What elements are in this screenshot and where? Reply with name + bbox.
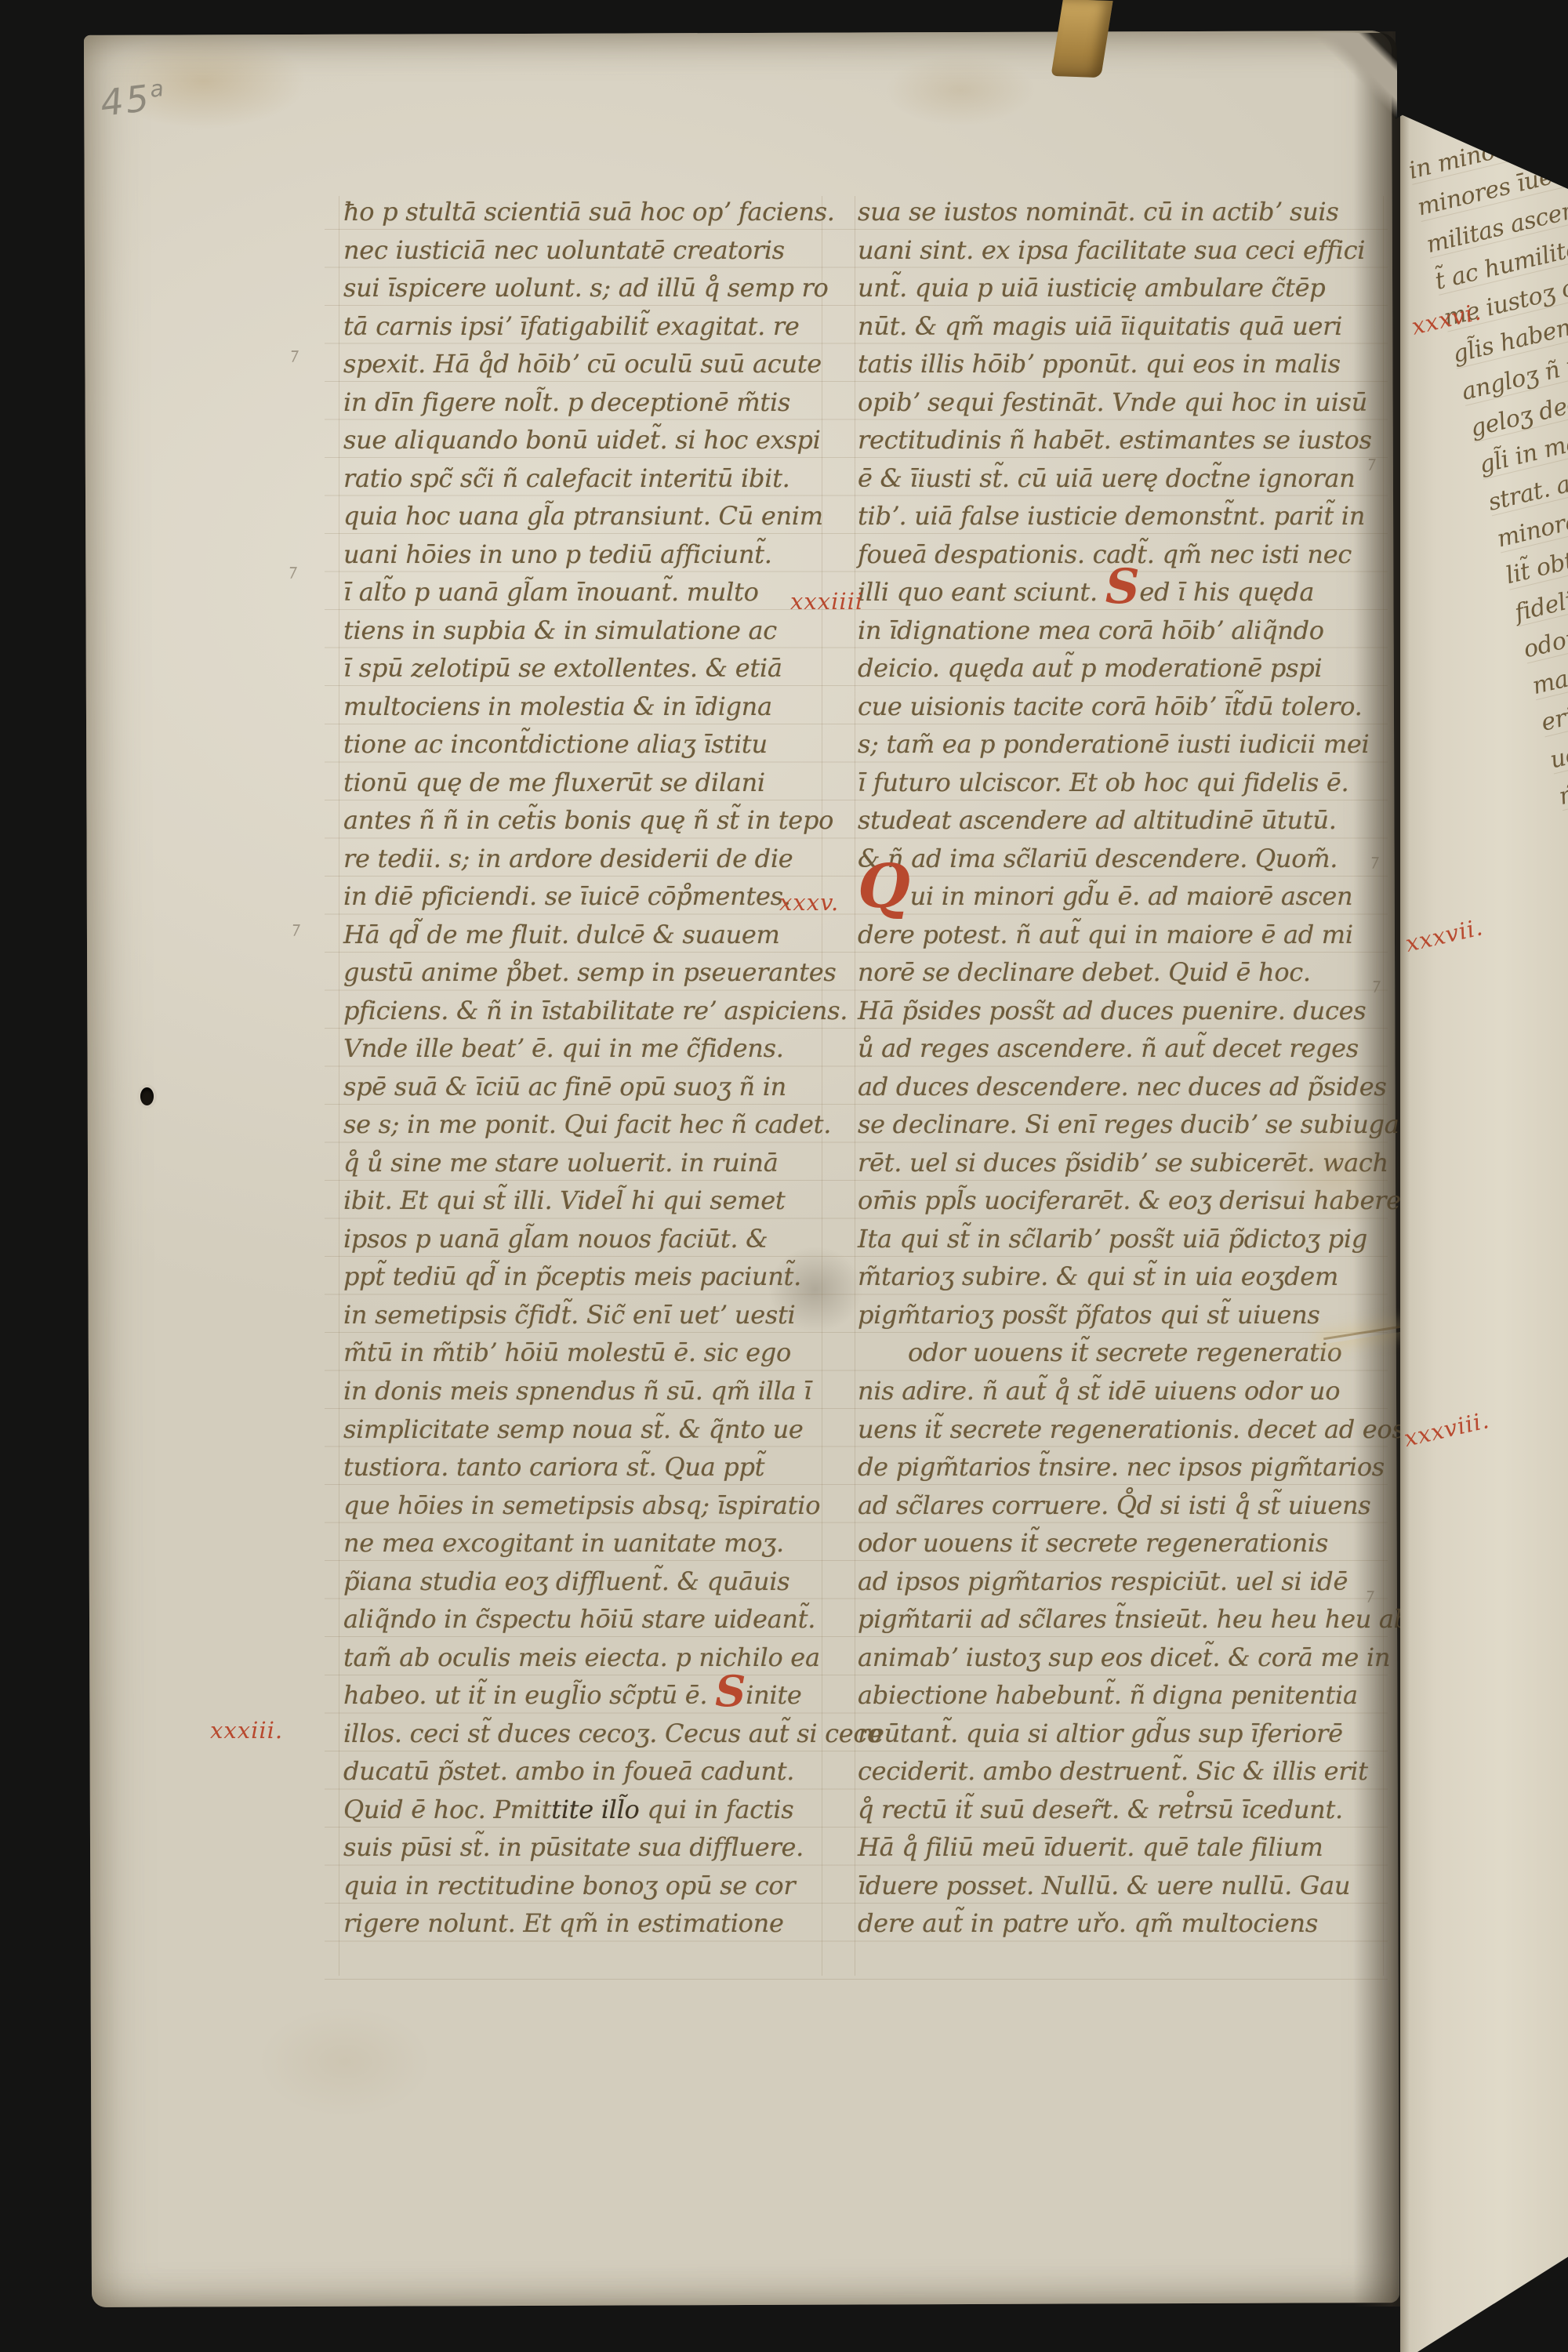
manuscript-line: ī futuro ulciscor. Et ob hoc qui fidelis… xyxy=(858,764,1418,802)
line-segment: Quid ē hoc. Pmit xyxy=(343,1795,551,1824)
manuscript-line: habeo. ut it̃ in eugl̃io sc̃ptū ē. Sinit… xyxy=(343,1676,882,1715)
manuscript-line: pficiens. & ñ in īstabilitate reʼ aspici… xyxy=(343,992,882,1030)
parchment-hole xyxy=(140,1087,154,1105)
manuscript-line: sui īspicere uolunt. s; ad illū q̊ semp … xyxy=(343,269,882,307)
manuscript-line: quia hoc uana gl̃a ptransiunt. Cū enim xyxy=(343,497,882,535)
manuscript-line: unt̃. quia p uiā iusticię ambulare c̃tēp xyxy=(858,269,1418,307)
manuscript-line: in dīn figere nol̃t. p deceptionē m̃tis xyxy=(343,383,882,422)
line-segment: ed ī his quęda xyxy=(1139,577,1314,607)
manuscript-line: dere aut̃ in patre uřo. qm̃ multociens xyxy=(858,1904,1418,1943)
margin-mark: ⁊ xyxy=(1369,851,1377,871)
manuscript-line: s; tam̃ ea p ponderationē iusti iudicii … xyxy=(858,725,1418,764)
manuscript-line: tatis illis hōibʼ pponūt. qui eos in mal… xyxy=(858,345,1418,383)
manuscript-line: tione ac incont̃dictione aliaʒ īstitu xyxy=(343,725,882,764)
manuscript-line: Quid ē hoc. Pmittite ill̃o qui in factis xyxy=(343,1791,882,1829)
manuscript-line: aliq̃ndo in c̃spectu hōiū stare uideant̃… xyxy=(343,1600,882,1639)
manuscript-line: m̃tū in m̃tibʼ hōiū molestū ē. sic ego xyxy=(343,1334,882,1372)
manuscript-line: ratio spc̃ sc̃i ñ calefacit interitū ibi… xyxy=(343,459,882,498)
manuscript-line: ħo p stultā scientiā suā hoc opʼ faciens… xyxy=(343,193,882,231)
manuscript-photo: 45a ħo p stultā scientiā suā hoc opʼ fac… xyxy=(0,0,1568,2352)
folio-number-suffix: a xyxy=(148,75,167,103)
manuscript-line: antes ñ ñ in cet̃is bonis quę ñ st̃ in t… xyxy=(343,801,882,840)
manuscript-line: tiens in supbia & in simulatione ac xyxy=(343,612,882,650)
manuscript-line: rigere nolunt. Et qm̃ in estimatione xyxy=(343,1904,882,1943)
chapter-numeral: xxxiiii xyxy=(790,588,863,615)
manuscript-line: dere potest. ñ aut̃ qui in maiore ē ad m… xyxy=(858,916,1418,954)
manuscript-line: nūt. & qm̃ magis uiā īiquitatis quā ueri xyxy=(858,307,1418,346)
manuscript-line: tustiora. tanto cariora st̃. Qua ppt̃ xyxy=(343,1448,882,1486)
rubric-initial: Q xyxy=(858,851,910,922)
manuscript-line: reūtant̃. quia si altior gd̃us sup īferi… xyxy=(858,1715,1418,1753)
manuscript-line: uens it̃ secrete regenerationis. decet a… xyxy=(858,1410,1418,1449)
manuscript-line: rectitudinis ñ habēt. estimantes se iust… xyxy=(858,421,1418,459)
manuscript-line: tā carnis ipsiʼ īfatigabilit̃ exagitat. … xyxy=(343,307,882,346)
manuscript-line: ī spū zelotipū se extollentes. & etiā xyxy=(343,649,882,688)
margin-mark: ⁊ xyxy=(1366,453,1374,473)
manuscript-line: Hā qd̃ de me fluit. dulcē & suauem xyxy=(343,916,882,954)
manuscript-line: se declinare. Si enī reges ducibʼ se sub… xyxy=(858,1105,1418,1144)
margin-mark: ⁊ xyxy=(290,919,299,938)
manuscript-line: odor uouens it̃ secrete regenerationis xyxy=(858,1524,1418,1563)
margin-mark: ⁊ xyxy=(289,345,297,365)
manuscript-line: re tedii. s; in ardore desiderii de die xyxy=(343,840,882,878)
manuscript-line: m̃tarioʒ subire. & qui st̃ in uia eoʒdem xyxy=(858,1258,1418,1296)
folio-number-digits: 45 xyxy=(98,77,154,125)
manuscript-line: nis adire. ñ aut̃ q̊ st̃ idē uiuens odor… xyxy=(858,1372,1418,1410)
line-segment: illi quo eant sciunt. xyxy=(858,577,1105,607)
manuscript-line: ceciderit. ambo destruent̃. Sic & illis … xyxy=(858,1752,1418,1791)
manuscript-line: multociens in molestia & in īdigna xyxy=(343,688,882,726)
manuscript-line: ppt̃ tediū qd̃ in p̃ceptis meis paciunt̃… xyxy=(343,1258,882,1296)
manuscript-line: ē & īiusti st̃. cū uiā uerę doct̃ne igno… xyxy=(858,459,1418,498)
manuscript-line: spexit. Hā q̊d hōibʼ cū oculū suū acute xyxy=(343,345,882,383)
line-segment: tite ill̃o xyxy=(551,1795,639,1824)
manuscript-line: rēt. uel si duces p̃sidibʼ se subicerēt.… xyxy=(858,1144,1418,1182)
manuscript-line: ad duces descendere. nec duces ad p̃side… xyxy=(858,1068,1418,1106)
rubric-initial: S xyxy=(1105,559,1140,615)
chapter-numeral: xxxiii. xyxy=(210,1717,283,1744)
manuscript-line: spē suā & īciū ac finē opū suoʒ ñ in xyxy=(343,1068,882,1106)
manuscript-line: Qui in minori gd̃u ē. ad maiorē ascen xyxy=(858,877,1418,916)
manuscript-line: p̃iana studia eoʒ diffluent̃. & quāuis xyxy=(343,1563,882,1601)
manuscript-line: animabʼ iustoʒ sup eos dicet̃. & corā me… xyxy=(858,1639,1418,1677)
manuscript-line: q̊ rectū it̃ suū deser̃t. & ret̊rsū īced… xyxy=(858,1791,1418,1829)
chapter-numeral: xxxv. xyxy=(779,889,839,916)
manuscript-line: gustū anime p̊bet. semp in pseuerantes xyxy=(343,953,882,992)
text-column-right: sua se iustos nomināt. cū in actibʼ suis… xyxy=(858,193,1418,1943)
manuscript-line: se s; in me ponit. Qui facit hec ñ cadet… xyxy=(343,1105,882,1144)
manuscript-line: sue aliquando bonū uidet̃. si hoc exspi xyxy=(343,421,882,459)
manuscript-line: Hā q̊ filiū meū īduerit. quē tale filium xyxy=(858,1828,1418,1867)
manuscript-line: ducatū p̃stet. ambo in foueā cadunt. xyxy=(343,1752,882,1791)
manuscript-line: quia in rectitudine bonoʒ opū se cor xyxy=(343,1867,882,1905)
manuscript-line: tibʼ. uiā false iusticie demonst̃nt. par… xyxy=(858,497,1418,535)
line-segment: qui in factis xyxy=(640,1795,794,1824)
manuscript-line: ad sc̃lares corruere. Q̊d si isti q̊ st̃… xyxy=(858,1486,1418,1525)
line-segment: inite xyxy=(746,1680,801,1710)
line-segment: ui in minori gd̃u ē. ad maiorē ascen xyxy=(910,881,1353,911)
manuscript-line: pigm̃tarioʒ poss̃t p̃fatos qui st̃ uiuen… xyxy=(858,1296,1418,1334)
text-column-left: ħo p stultā scientiā suā hoc opʼ faciens… xyxy=(343,193,882,1943)
manuscript-line: in semetipsis c̃fidt̃. Sic̃ enī uetʼ ues… xyxy=(343,1296,882,1334)
manuscript-line: in donis meis spnendus ñ sū. qm̃ illa ī xyxy=(343,1372,882,1410)
manuscript-line: ibit. Et qui st̃ illi. Videl̃ hi qui sem… xyxy=(343,1181,882,1220)
ruling-vertical xyxy=(339,196,339,1976)
manuscript-line: pigm̃tarii ad sc̃lares t̃nsieūt. heu heu… xyxy=(858,1600,1418,1639)
margin-mark: ⁊ xyxy=(1370,975,1379,995)
next-folio-edge: in minoribʼ maioreminores īuenio. quimil… xyxy=(1400,0,1568,2352)
line-segment: odor uouens it̃ secrete regeneratio xyxy=(908,1338,1342,1367)
manuscript-line: ů ad reges ascendere. ñ aut̃ decet reges xyxy=(858,1029,1418,1068)
manuscript-line: in īdignatione mea corā hōibʼ aliq̃ndo xyxy=(858,612,1418,650)
line-segment: habeo. ut it̃ in eugl̃io sc̃ptū ē. xyxy=(343,1680,715,1710)
margin-mark: ⁊ xyxy=(287,561,296,581)
manuscript-line: de pigm̃tarios t̃nsire. nec ipsos pigm̃t… xyxy=(858,1448,1418,1486)
manuscript-line: illi quo eant sciunt. Sed ī his quęda xyxy=(858,573,1418,612)
manuscript-line: deicio. quęda aut̃ p moderationē pspi xyxy=(858,649,1418,688)
manuscript-line: cue uisionis tacite corā hōibʼ īt̃dū tol… xyxy=(858,688,1418,726)
manuscript-line: q̊ ů sine me stare uoluerit. in ruinā xyxy=(343,1144,882,1182)
page-corner-fold xyxy=(1294,33,1397,125)
manuscript-line: uani sint. ex ipsa facilitate sua ceci e… xyxy=(858,231,1418,270)
rubric-initial: S xyxy=(715,1666,746,1716)
manuscript-line: studeat ascendere ad altitudinē ūtutū. xyxy=(858,801,1418,840)
manuscript-line: simplicitate semp noua st̃. & q̃nto ue xyxy=(343,1410,882,1449)
manuscript-line: Hā p̃sides poss̃t ad duces puenire. duce… xyxy=(858,992,1418,1030)
manuscript-line: ad ipsos pigm̃tarios respiciūt. uel si i… xyxy=(858,1563,1418,1601)
manuscript-line: abiectione habebunt̃. ñ digna penitentia xyxy=(858,1676,1418,1715)
next-folio-text: in minoribʼ maioreminores īuenio. quimil… xyxy=(1405,73,1568,1847)
manuscript-line: īduere posset. Nullū. & uere nullū. Gau xyxy=(858,1867,1418,1905)
manuscript-line: & ñ ad ima sc̃lariū descendere. Quom̃. xyxy=(858,840,1418,878)
margin-mark: ⁊ xyxy=(1364,1585,1373,1605)
manuscript-line: norē se declinare debet. Quid ē hoc. xyxy=(858,953,1418,992)
manuscript-line: uani hōies in uno p tediū afficiunt̃. xyxy=(343,535,882,574)
manuscript-line: tionū quę de me fluxerūt se dilani xyxy=(343,764,882,802)
manuscript-line: om̄is ppl̃s uociferarēt. & eoʒ derisui h… xyxy=(858,1181,1418,1220)
manuscript-line: ipsos p uanā gl̃am nouos faciūt. & xyxy=(343,1220,882,1258)
manuscript-line: opibʼ sequi festināt. Vnde qui hoc in ui… xyxy=(858,383,1418,422)
manuscript-line: sua se iustos nomināt. cū in actibʼ suis xyxy=(858,193,1418,231)
folio-number: 45a xyxy=(98,74,169,125)
manuscript-line: ne mea excogitant in uanitate moʒ. xyxy=(343,1524,882,1563)
manuscript-line: que hōies in semetipsis absq; īspiratio xyxy=(343,1486,882,1525)
manuscript-line: tam̃ ab oculis meis eiecta. p nichilo ea xyxy=(343,1639,882,1677)
manuscript-line: Ita qui st̃ in sc̃laribʼ poss̃t uiā p̃di… xyxy=(858,1220,1418,1258)
manuscript-line: Vnde ille beatʼ ē. qui in me c̃fidens. xyxy=(343,1029,882,1068)
manuscript-line: suis pūsi st̃. in pūsitate sua diffluere… xyxy=(343,1828,882,1867)
manuscript-line: illos. ceci st̃ duces cecoʒ. Cecus aut̃ … xyxy=(343,1715,882,1753)
manuscript-line: nec iusticiā nec uoluntatē creatoris xyxy=(343,231,882,270)
